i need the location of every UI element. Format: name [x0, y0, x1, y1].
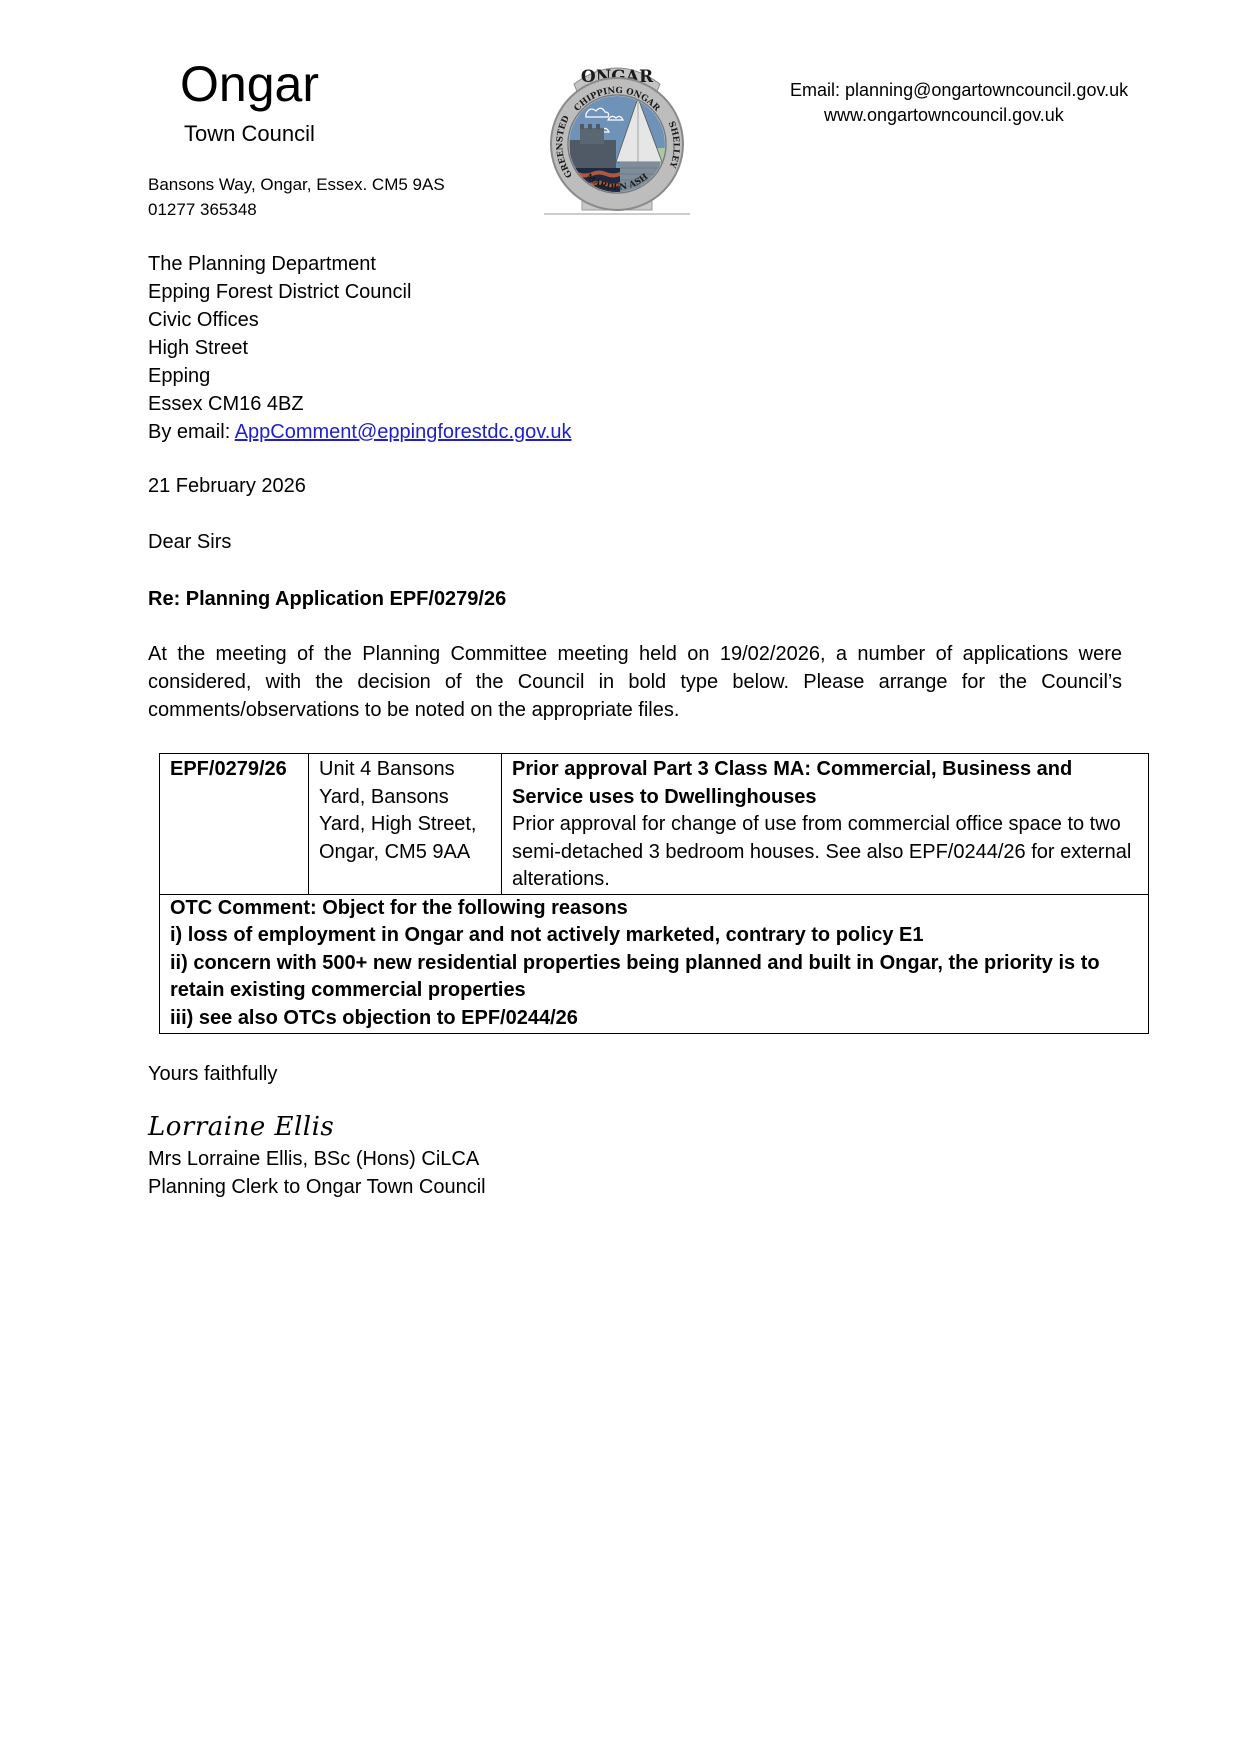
town-crest-icon: ONGAR	[544, 56, 690, 216]
salutation: Dear Sirs	[148, 528, 231, 556]
comment-reason: ii) concern with 500+ new residential pr…	[170, 950, 1138, 1005]
recipient-email-prefix: By email:	[148, 421, 235, 443]
recipient-line: The Planning Department	[148, 250, 571, 278]
recipient-line: High Street	[148, 334, 571, 362]
signatory-block: Mrs Lorraine Ellis, BSc (Hons) CiLCA Pla…	[148, 1145, 486, 1201]
proposal-description: Prior approval for change of use from co…	[512, 811, 1138, 894]
otc-comment: OTC Comment: Object for the following re…	[160, 894, 1149, 1034]
proposal-title: Prior approval Part 3 Class MA: Commerci…	[512, 756, 1138, 811]
recipient-email-link[interactable]: AppComment@eppingforestdc.gov.uk	[235, 421, 572, 443]
signatory-title: Planning Clerk to Ongar Town Council	[148, 1173, 486, 1201]
org-address-block: Bansons Way, Ongar, Essex. CM5 9AS 01277…	[148, 172, 445, 222]
signatory-name: Mrs Lorraine Ellis, BSc (Hons) CiLCA	[148, 1145, 486, 1173]
application-table: EPF/0279/26 Unit 4 Bansons Yard, Bansons…	[159, 753, 1149, 1034]
application-site-address: Unit 4 Bansons Yard, Bansons Yard, High …	[309, 754, 502, 895]
recipient-email-line: By email: AppComment@eppingforestdc.gov.…	[148, 418, 571, 446]
closing: Yours faithfully	[148, 1060, 277, 1088]
letter-subject: Re: Planning Application EPF/0279/26	[148, 585, 506, 613]
recipient-line: Epping Forest District Council	[148, 278, 571, 306]
contact-website: www.ongartowncouncil.gov.uk	[790, 103, 1128, 128]
org-name: Ongar	[180, 56, 319, 112]
comment-reason: i) loss of employment in Ongar and not a…	[170, 922, 1138, 950]
recipient-line: Civic Offices	[148, 306, 571, 334]
org-subtitle: Town Council	[184, 121, 315, 147]
recipient-address: The Planning Department Epping Forest Di…	[148, 250, 571, 446]
contact-email: Email: planning@ongartowncouncil.gov.uk	[790, 78, 1128, 103]
org-address: Bansons Way, Ongar, Essex. CM5 9AS	[148, 172, 445, 197]
org-phone: 01277 365348	[148, 197, 445, 222]
recipient-line: Essex CM16 4BZ	[148, 390, 571, 418]
comment-heading: OTC Comment: Object for the following re…	[170, 895, 1138, 923]
table-row: EPF/0279/26 Unit 4 Bansons Yard, Bansons…	[160, 754, 1149, 895]
application-reference: EPF/0279/26	[160, 754, 309, 895]
contact-block: Email: planning@ongartowncouncil.gov.uk …	[790, 78, 1128, 128]
signature: Lorraine Ellis	[148, 1112, 334, 1142]
application-proposal: Prior approval Part 3 Class MA: Commerci…	[502, 754, 1149, 895]
comment-reason: iii) see also OTCs objection to EPF/0244…	[170, 1005, 1138, 1033]
letter-date: 21 February 2026	[148, 472, 306, 500]
recipient-line: Epping	[148, 362, 571, 390]
table-row: OTC Comment: Object for the following re…	[160, 894, 1149, 1034]
intro-paragraph: At the meeting of the Planning Committee…	[148, 640, 1122, 724]
